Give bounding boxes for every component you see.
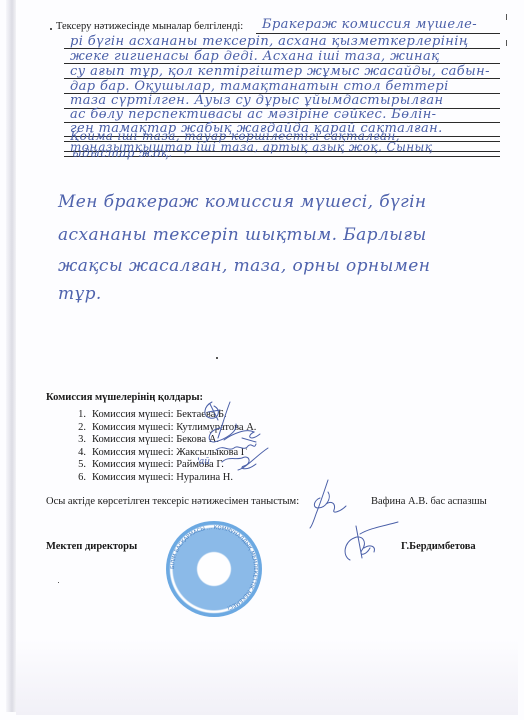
director-label: Мектеп директоры [46, 541, 137, 552]
handwritten-findings-line: ыдыстар жоқ. [72, 146, 173, 160]
bullet-dot [50, 28, 52, 30]
handwritten-findings-line: таза сүртілген. Ауыз су дұрыс ұйымдастыр… [70, 93, 443, 108]
scan-binding-edge [6, 0, 16, 712]
margin-mark [506, 14, 507, 20]
handwritten-statement-line: асхананы тексеріп шықтым. Барлығы [58, 225, 427, 245]
handwritten-findings-line: дар бар. Оқушылар, тамақтанатын стол бет… [70, 79, 449, 94]
stamp-ring-text: БІЛІМ БАСҚАРМАСЫ ... КОММУНАЛДЫҚ МЕМЛЕКЕ… [166, 521, 262, 617]
director-signature-icon [340, 520, 400, 566]
svg-text:БІЛІМ БАСҚАРМАСЫ ... КОММУНАЛД: БІЛІМ БАСҚАРМАСЫ ... КОММУНАЛДЫҚ МЕМЛЕКЕ… [170, 525, 258, 611]
svg-text:Г.Рай: Г.Рай [198, 457, 210, 467]
handwritten-findings-line: ас бөлу перспективасы ас мәзіріне сәйкес… [70, 107, 436, 122]
scan-shadow [16, 640, 518, 715]
handwritten-statement-line: жақсы жасалған, таза, орны орнымен [58, 256, 430, 276]
member-signatures-icon: Г.Рай [198, 398, 288, 488]
handwritten-findings-line: рі бүгін асхананы тексеріп, асхана қызме… [70, 34, 468, 49]
chef-name: Вафина А.В. бас аспазшы [371, 496, 487, 507]
handwritten-statement-line: тұр. [58, 284, 102, 304]
scan-speck [216, 357, 218, 359]
acknowledgement-text: Осы актіде көрсетілген тексеріс нәтижесі… [46, 496, 299, 507]
handwritten-findings-line: Бракераж комиссия мүшеле- [262, 17, 477, 32]
school-stamp-icon: БІЛІМ БАСҚАРМАСЫ ... КОММУНАЛДЫҚ МЕМЛЕКЕ… [166, 521, 262, 617]
director-name: Г.Бердимбетова [401, 541, 476, 552]
scan-speck [58, 582, 59, 583]
signatures-header: Комиссия мүшелерінің қолдары: [46, 392, 203, 403]
handwritten-findings-line: жеке гигиенасы бар деді. Асхана іші таза… [70, 49, 439, 64]
document-page: Тексеру нәтижесінде мыналар белгіленді: … [0, 0, 524, 720]
findings-label: Тексеру нәтижесінде мыналар белгіленді: [56, 21, 243, 32]
handwritten-findings-line: су ағып тұр, қол кептіргіштер жұмыс жаса… [70, 64, 490, 79]
handwritten-statement-line: Мен бракераж комиссия мүшесі, бүгін [58, 192, 427, 212]
margin-mark [506, 40, 507, 46]
